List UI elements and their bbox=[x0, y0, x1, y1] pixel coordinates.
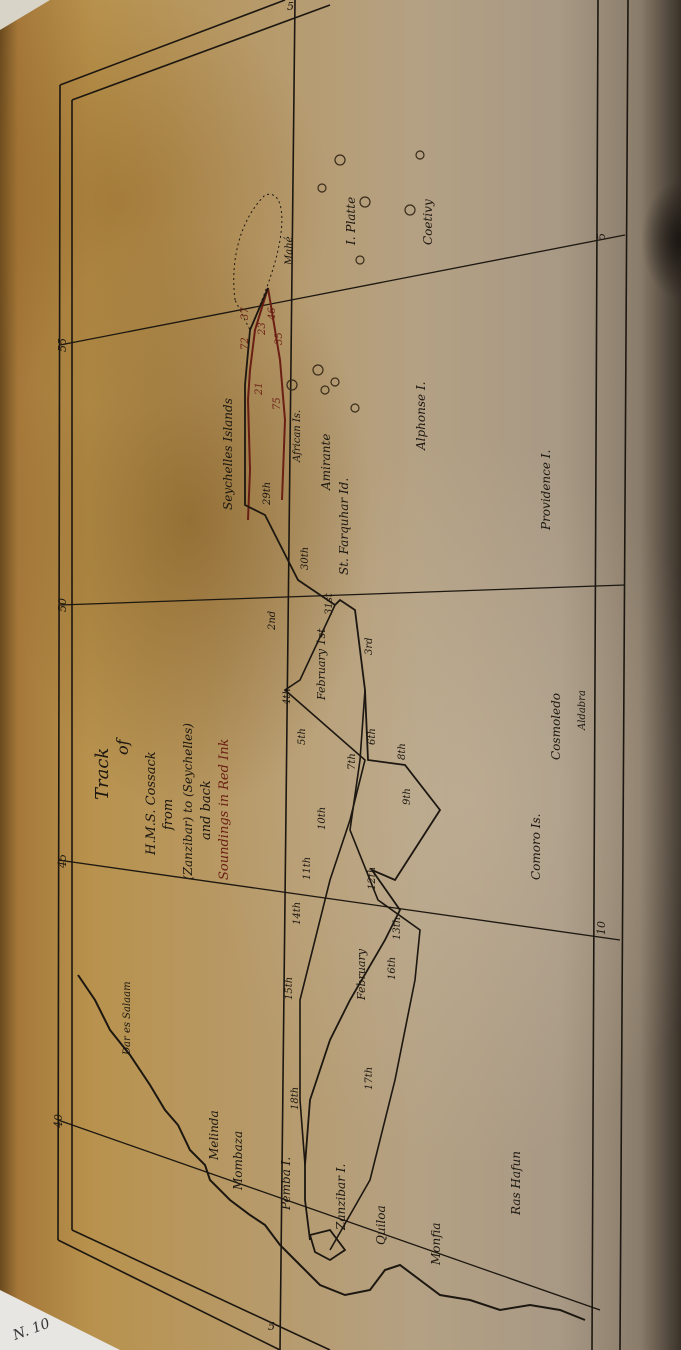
svg-text:72: 72 bbox=[240, 337, 251, 350]
grid-labels: 55 50 45 40 5 5 10 5 bbox=[52, 0, 608, 1333]
svg-text:30th: 30th bbox=[300, 547, 311, 570]
label-february-lower: February bbox=[355, 948, 368, 1001]
label-amirante: Amirante bbox=[319, 434, 333, 491]
label-right-5: 5 bbox=[595, 233, 608, 240]
svg-text:37: 37 bbox=[240, 307, 251, 320]
label-cosmoledo: Cosmoledo bbox=[549, 693, 563, 760]
svg-text:29th: 29th bbox=[262, 482, 273, 506]
label-ras-hafun: Ras Hafun bbox=[509, 1151, 523, 1216]
title-track: Track bbox=[92, 748, 113, 800]
title-and-back: and back bbox=[199, 780, 214, 840]
map-photograph: 55 50 45 40 5 5 10 5 Track bbox=[0, 0, 681, 1350]
svg-text:7th: 7th bbox=[347, 753, 358, 770]
label-right-10: 10 bbox=[595, 921, 608, 935]
svg-text:9th: 9th bbox=[402, 788, 413, 805]
label-farquhar: St. Farquhar Id. bbox=[337, 478, 351, 575]
svg-text:6th: 6th bbox=[367, 728, 378, 745]
label-mombasa: Mombaza bbox=[231, 1131, 245, 1191]
label-aldabra: Aldabra bbox=[577, 690, 588, 731]
label-pemba: Pemba I. bbox=[279, 1157, 293, 1211]
title-red-note: Soundings in Red Ink bbox=[217, 738, 232, 880]
islets bbox=[287, 151, 424, 412]
label-february-upper: February 1st bbox=[315, 628, 328, 701]
svg-text:5th: 5th bbox=[297, 728, 308, 745]
svg-text:23: 23 bbox=[257, 322, 268, 336]
label-bottom-5: 5 bbox=[268, 1320, 275, 1333]
title-ship: H.M.S. Cossack bbox=[144, 751, 159, 856]
svg-text:35: 35 bbox=[274, 332, 285, 345]
svg-text:21: 21 bbox=[254, 382, 265, 396]
label-55: 55 bbox=[56, 338, 69, 352]
svg-text:10th: 10th bbox=[317, 807, 328, 830]
label-50: 50 bbox=[56, 598, 69, 612]
label-platte: I. Platte bbox=[344, 197, 358, 246]
title-route: (Zanzibar) to (Seychelles) bbox=[181, 723, 195, 880]
title-block: Track of H.M.S. Cossack from (Zanzibar) … bbox=[92, 723, 232, 880]
svg-text:17th: 17th bbox=[364, 1067, 375, 1090]
svg-text:13th: 13th bbox=[392, 917, 403, 940]
label-african: African Is. bbox=[292, 410, 303, 463]
track-labels: February 1st February 29th 30th 31st 2nd… bbox=[262, 482, 413, 1110]
svg-text:8th: 8th bbox=[397, 743, 408, 760]
chart-frame bbox=[58, 0, 628, 1350]
svg-text:14th: 14th bbox=[292, 902, 303, 925]
label-top-5: 5 bbox=[287, 0, 294, 13]
title-from: from bbox=[161, 799, 176, 831]
svg-text:3rd: 3rd bbox=[364, 637, 375, 655]
label-providence: Providence I. bbox=[539, 450, 553, 531]
label-40: 40 bbox=[52, 1114, 65, 1129]
label-seychelles: Seychelles Islands bbox=[221, 398, 235, 510]
svg-text:11th: 11th bbox=[302, 857, 313, 880]
track-chart: 55 50 45 40 5 5 10 5 Track bbox=[0, 0, 681, 1350]
svg-text:18th: 18th bbox=[290, 1087, 301, 1110]
label-zanzibar: Zanzibar I. bbox=[334, 1164, 348, 1231]
label-dar-es: Dar es Salaam bbox=[122, 981, 133, 1056]
svg-text:15th: 15th bbox=[284, 977, 295, 1000]
title-of: of bbox=[113, 736, 132, 755]
svg-text:75: 75 bbox=[272, 397, 283, 410]
label-mafia: Monfia bbox=[429, 1223, 443, 1266]
svg-text:2nd: 2nd bbox=[267, 611, 278, 631]
svg-text:46: 46 bbox=[267, 307, 278, 321]
label-45: 45 bbox=[56, 854, 69, 869]
ship-track bbox=[245, 288, 440, 1240]
label-alphonse: Alphonse I. bbox=[414, 382, 428, 452]
label-melinda: Melinda bbox=[207, 1110, 221, 1161]
label-comoro: Comoro Is. bbox=[529, 814, 543, 881]
corner-note: N. 10 bbox=[10, 1316, 52, 1344]
svg-text:12th: 12th bbox=[367, 867, 378, 890]
label-quiloa: Quiloa bbox=[374, 1205, 388, 1245]
svg-text:16th: 16th bbox=[387, 957, 398, 980]
label-coetivy: Coetivy bbox=[421, 199, 435, 245]
svg-text:4th: 4th bbox=[282, 688, 293, 706]
svg-text:31st: 31st bbox=[324, 592, 335, 615]
label-mahe: Mahé bbox=[284, 236, 295, 266]
